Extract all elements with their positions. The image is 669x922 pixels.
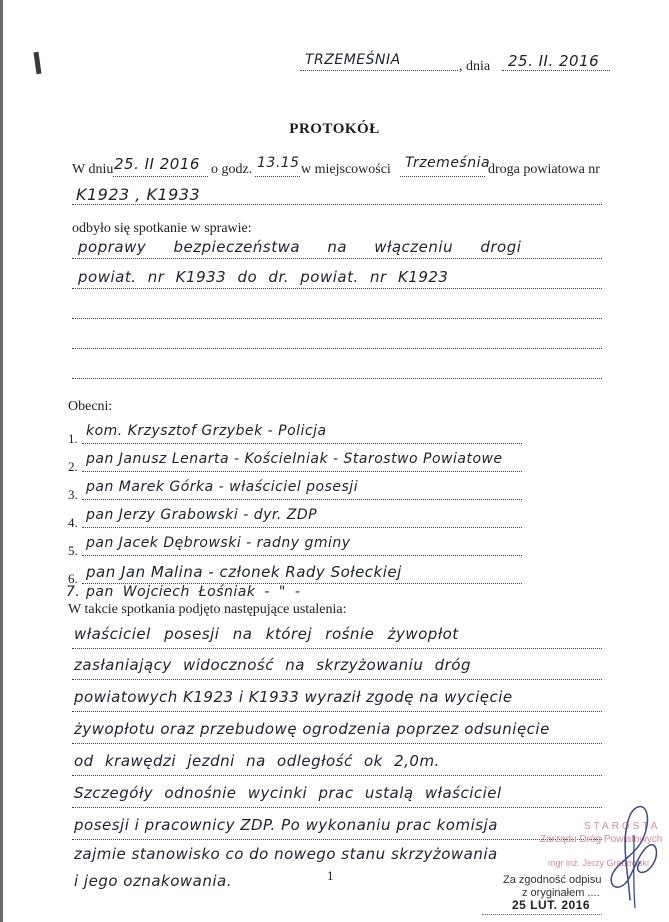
finding-line-2: zasłaniający widoczność na skrzyżowaniu … (74, 656, 471, 674)
attendee-num-1: 1. (68, 431, 78, 447)
meeting-roads: K1923 , K1933 (76, 185, 200, 204)
attendee-line-3 (82, 499, 522, 500)
stamp-line (482, 914, 602, 915)
subject-dotline-4 (72, 348, 602, 349)
header-place-line (300, 70, 458, 71)
header-date-label: , dnia (459, 59, 490, 75)
label-road: droga powiatowa nr (488, 162, 600, 178)
subject-dotline-3 (72, 318, 602, 319)
finding-dotline-5 (72, 775, 602, 776)
day-line (113, 176, 208, 177)
header-date: 25. II. 2016 (508, 52, 599, 70)
stamp-date: 25 LUT. 2016 (512, 898, 590, 912)
findings-label: W takcie spotkania podjęto następujące u… (68, 602, 346, 618)
subject-label: odbyło się spotkanie w sprawie: (72, 221, 252, 237)
finding-dotline-1 (72, 648, 602, 649)
meeting-hour: 13.15 (257, 155, 300, 171)
roads-line (72, 204, 602, 205)
signature-icon (600, 800, 662, 910)
finding-dotline-2 (72, 679, 602, 680)
finding-line-8: zajmie stanowisko co do nowego stanu skr… (74, 845, 498, 863)
attendees-label: Obecni: (68, 399, 112, 415)
attendee-num-2: 2. (68, 459, 78, 475)
finding-line-9: i jego oznakowania. (74, 872, 232, 890)
attendee-num-4: 4. (68, 515, 78, 531)
finding-dotline-7 (72, 839, 602, 840)
subject-line-2: powiat. nr K1933 do dr. powiat. nr K1923 (78, 268, 448, 286)
hour-line (255, 176, 300, 177)
attendee-1: kom. Krzysztof Grzybek - Policja (86, 423, 327, 439)
finding-line-5: od krawędzi jezdni na odległość ok 2,0m. (74, 752, 440, 770)
finding-dotline-6 (72, 807, 602, 808)
subject-dotline-1 (72, 258, 602, 259)
attendee-line-2 (82, 471, 522, 472)
attendee-3: pan Marek Górka - właściciel posesji (86, 479, 358, 495)
stamp-line1: Za zgodność odpisu (503, 874, 601, 886)
attendee-7: pan Wojciech Łośniak - " - (86, 584, 300, 600)
attendee-num-3: 3. (68, 487, 78, 503)
subject-dotline-2 (72, 288, 602, 289)
page-number: 1 (327, 868, 334, 884)
page-title: PROTOKÓŁ (0, 121, 669, 138)
attendee-num-7: 7. (66, 584, 80, 600)
subject-line-1: poprawy bezpieczeństwa na włączeniu drog… (78, 238, 521, 256)
place-line (400, 176, 485, 177)
attendee-2: pan Janusz Lenarta - Kościelniak - Staro… (86, 451, 503, 467)
margin-mark (33, 52, 41, 74)
label-place: w miejscowości (301, 162, 391, 178)
finding-line-4: żywopłotu oraz przebudowę ogrodzenia pop… (74, 720, 550, 738)
finding-dotline-4 (72, 743, 602, 744)
attendee-num-5: 5. (68, 543, 78, 559)
header-place: TRZEMEŚNIA (305, 52, 401, 68)
meeting-place: Trzemeśnia (405, 155, 490, 171)
finding-line-7: posesji i pracownicy ZDP. Po wykonaniu p… (74, 816, 498, 834)
attendee-4: pan Jerzy Grabowski - dyr. ZDP (86, 507, 317, 523)
attendee-line-1 (82, 443, 522, 444)
attendee-line-4 (82, 527, 522, 528)
attendee-6: pan Jan Malina - członek Rady Sołeckiej (86, 563, 402, 581)
meeting-day: 25. II 2016 (114, 155, 200, 173)
scan-edge (0, 0, 3, 922)
label-day: W dniu (72, 162, 113, 178)
attendee-line-5 (82, 555, 522, 556)
finding-line-1: właściciel posesji na której rośnie żywo… (74, 625, 459, 643)
finding-dotline-3 (72, 711, 602, 712)
finding-line-6: Szczegóły odnośnie wycinki prac ustalą w… (74, 784, 502, 802)
header-date-line (502, 70, 610, 71)
subject-dotline-5 (72, 378, 602, 379)
label-hour: o godz. (211, 162, 252, 178)
attendee-5: pan Jacek Dębrowski - radny gminy (86, 535, 351, 551)
finding-line-3: powiatowych K1923 i K1933 wyraził zgodę … (74, 688, 513, 706)
